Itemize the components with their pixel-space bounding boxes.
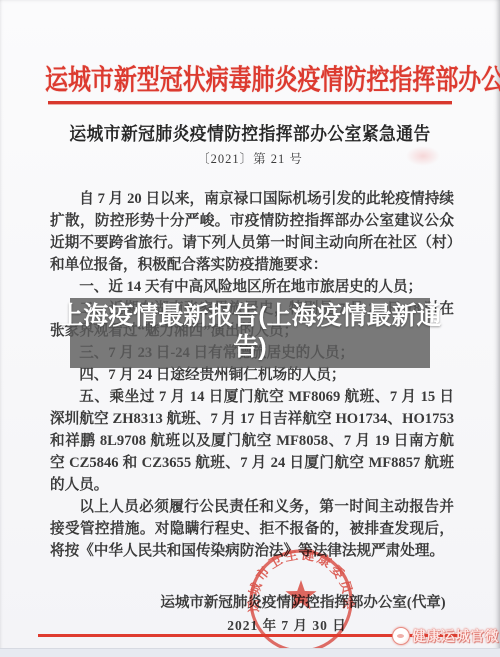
notice-body: 自 7 月 20 日以来，南京禄口国际机场引发的此轮疫情持续扩散，防控形势十分严… <box>50 188 454 562</box>
page-bottom-edge <box>0 648 500 657</box>
paragraph-item-1: 一、近 14 天有中高风险地区所在地市旅居史的人员； <box>50 276 454 298</box>
caption-overlay: 上海疫情最新报告(上海疫情最新通 告) <box>70 298 430 368</box>
paragraph-intro: 自 7 月 20 日以来，南京禄口国际机场引发的此轮疫情持续扩散，防控形势十分严… <box>50 188 454 276</box>
doc-number: 〔2021〕第 21 号 <box>0 150 500 168</box>
caption-line-2: 告) <box>233 332 266 363</box>
watermark-label: 健康运城官微 <box>412 626 499 646</box>
channel-watermark: 健康运城官微 <box>392 626 499 646</box>
document-page: 运城市新型冠状病毒肺炎疫情防控指挥部办公室 运城市新冠肺炎疫情防控指挥部办公室紧… <box>0 0 500 657</box>
official-seal: 运城市卫生健康委员会 <box>245 543 357 655</box>
letterhead-divider <box>48 101 452 104</box>
seal-star-icon <box>286 580 317 610</box>
seal-arc-text: 运城市卫生健康委员会 <box>246 546 357 613</box>
caption-line-1: 上海疫情最新报告(上海疫情最新通 <box>58 301 441 332</box>
watermark-logo-icon <box>392 627 410 645</box>
screenshot-root: 运城市新型冠状病毒肺炎疫情防控指挥部办公室 运城市新冠肺炎疫情防控指挥部办公室紧… <box>0 0 500 657</box>
paragraph-item-5: 五、乘坐过 7 月 14 日厦门航空 MF8069 航班、7 月 15 日深圳航… <box>50 386 454 496</box>
notice-title: 运城市新冠肺炎疫情防控指挥部办公室紧急通告 <box>18 121 483 147</box>
letterhead-title: 运城市新型冠状病毒肺炎疫情防控指挥部办公室 <box>45 60 455 102</box>
